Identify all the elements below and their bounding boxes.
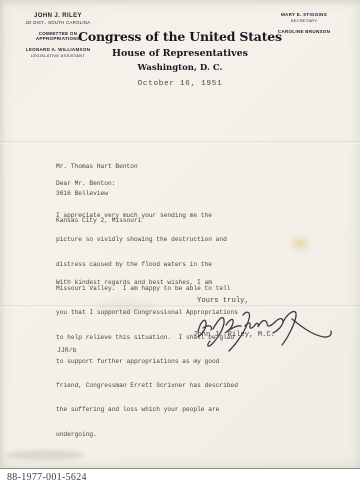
letterhead-city: Washington, D. C. (0, 63, 360, 73)
body-line: picture so vividly showing the destructi… (56, 236, 238, 244)
congressman-name: JOHN J. RILEY (12, 13, 104, 19)
typist-initials: JJR/b (57, 347, 77, 356)
closing-line: With kindest regards and best wishes, I … (56, 279, 212, 288)
recipient-line: Mr. Thomas Hart Benton (56, 162, 141, 171)
secretary-name: MARY E. STIGGINS (260, 12, 348, 17)
body-line: you that I supported Congressional Appro… (56, 309, 238, 317)
secretary-title: SECRETARY (260, 18, 348, 23)
letter-scan-paper: JOHN J. RILEY 2D DIST., SOUTH CAROLINA C… (0, 0, 360, 469)
body-line: distress caused by the flood waters in t… (56, 261, 238, 269)
body-line: friend, Congressman Errett Scrivner has … (56, 382, 238, 390)
letterhead-title: Congress of the United States (0, 29, 360, 44)
paper-stain (292, 238, 308, 249)
signed-name: John J. Riley, M.C. (193, 331, 275, 340)
body-line: the suffering and loss which your people… (56, 406, 238, 414)
scanned-letter-page: JOHN J. RILEY 2D DIST., SOUTH CAROLINA C… (0, 0, 360, 490)
valediction: Yours truly, (197, 297, 249, 306)
district-label: 2D DIST., SOUTH CAROLINA (12, 20, 104, 25)
letter-body: I appreciate very much your sending me t… (56, 196, 238, 455)
salutation: Dear Mr. Benton: (56, 180, 115, 189)
body-line: I appreciate very much your sending me t… (56, 212, 238, 220)
catalog-strip: 88-1977-001-5624 (0, 469, 360, 490)
body-line: undergoing. (56, 431, 238, 439)
catalog-number: 88-1977-001-5624 (7, 472, 87, 483)
letterhead-center-block: Congress of the United States House of R… (0, 29, 360, 88)
letter-date: October 16, 1951 (0, 80, 360, 88)
fold-crease-top (0, 141, 360, 144)
body-line: to support further appropriations as my … (56, 358, 238, 366)
letterhead-subtitle: House of Representatives (0, 48, 360, 59)
